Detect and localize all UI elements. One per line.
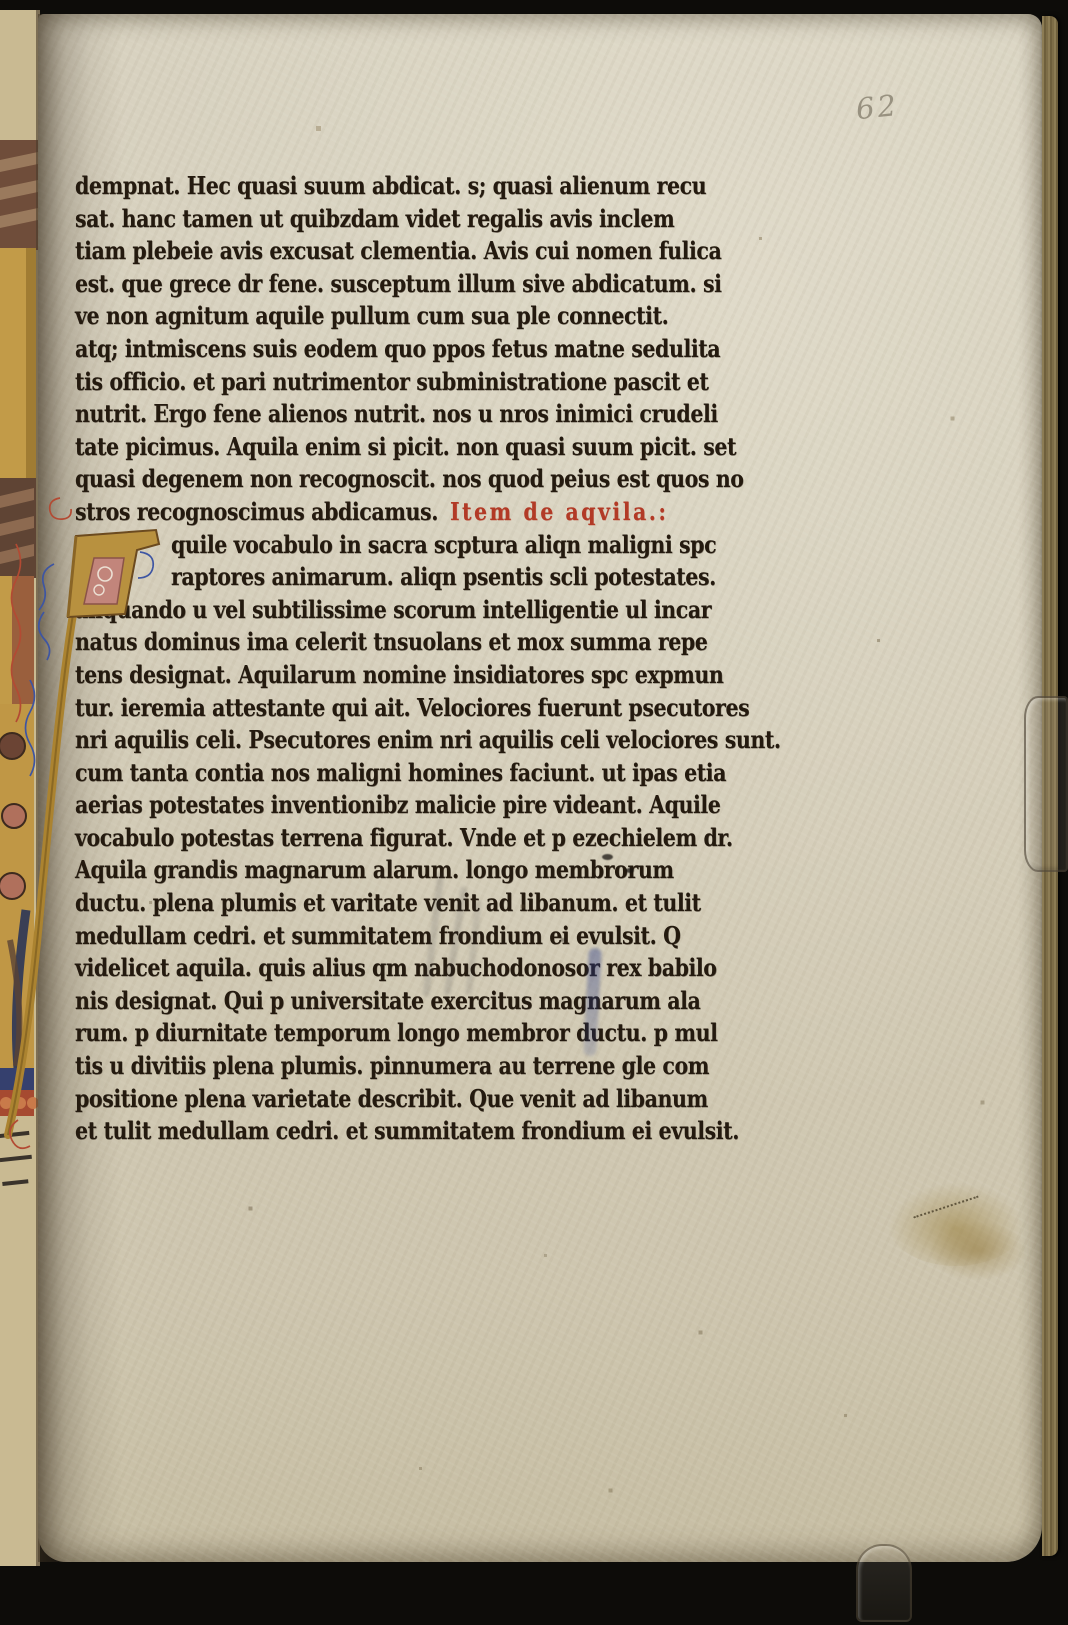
page-clip-right	[1024, 696, 1068, 872]
illuminated-initial-A	[0, 480, 180, 1180]
ink-blot	[602, 854, 613, 860]
chapter-rubric: Item de aqvila.:	[450, 497, 669, 526]
parchment-specks	[0, 0, 1, 1]
ink-blot	[626, 868, 634, 873]
page-clip-bottom	[856, 1544, 912, 1622]
ink-blot	[560, 938, 566, 942]
manuscript-photo: 62 dempnat. Hec quasi suum abdicat. s; q…	[0, 0, 1068, 1625]
folio-number: 62	[854, 88, 900, 126]
